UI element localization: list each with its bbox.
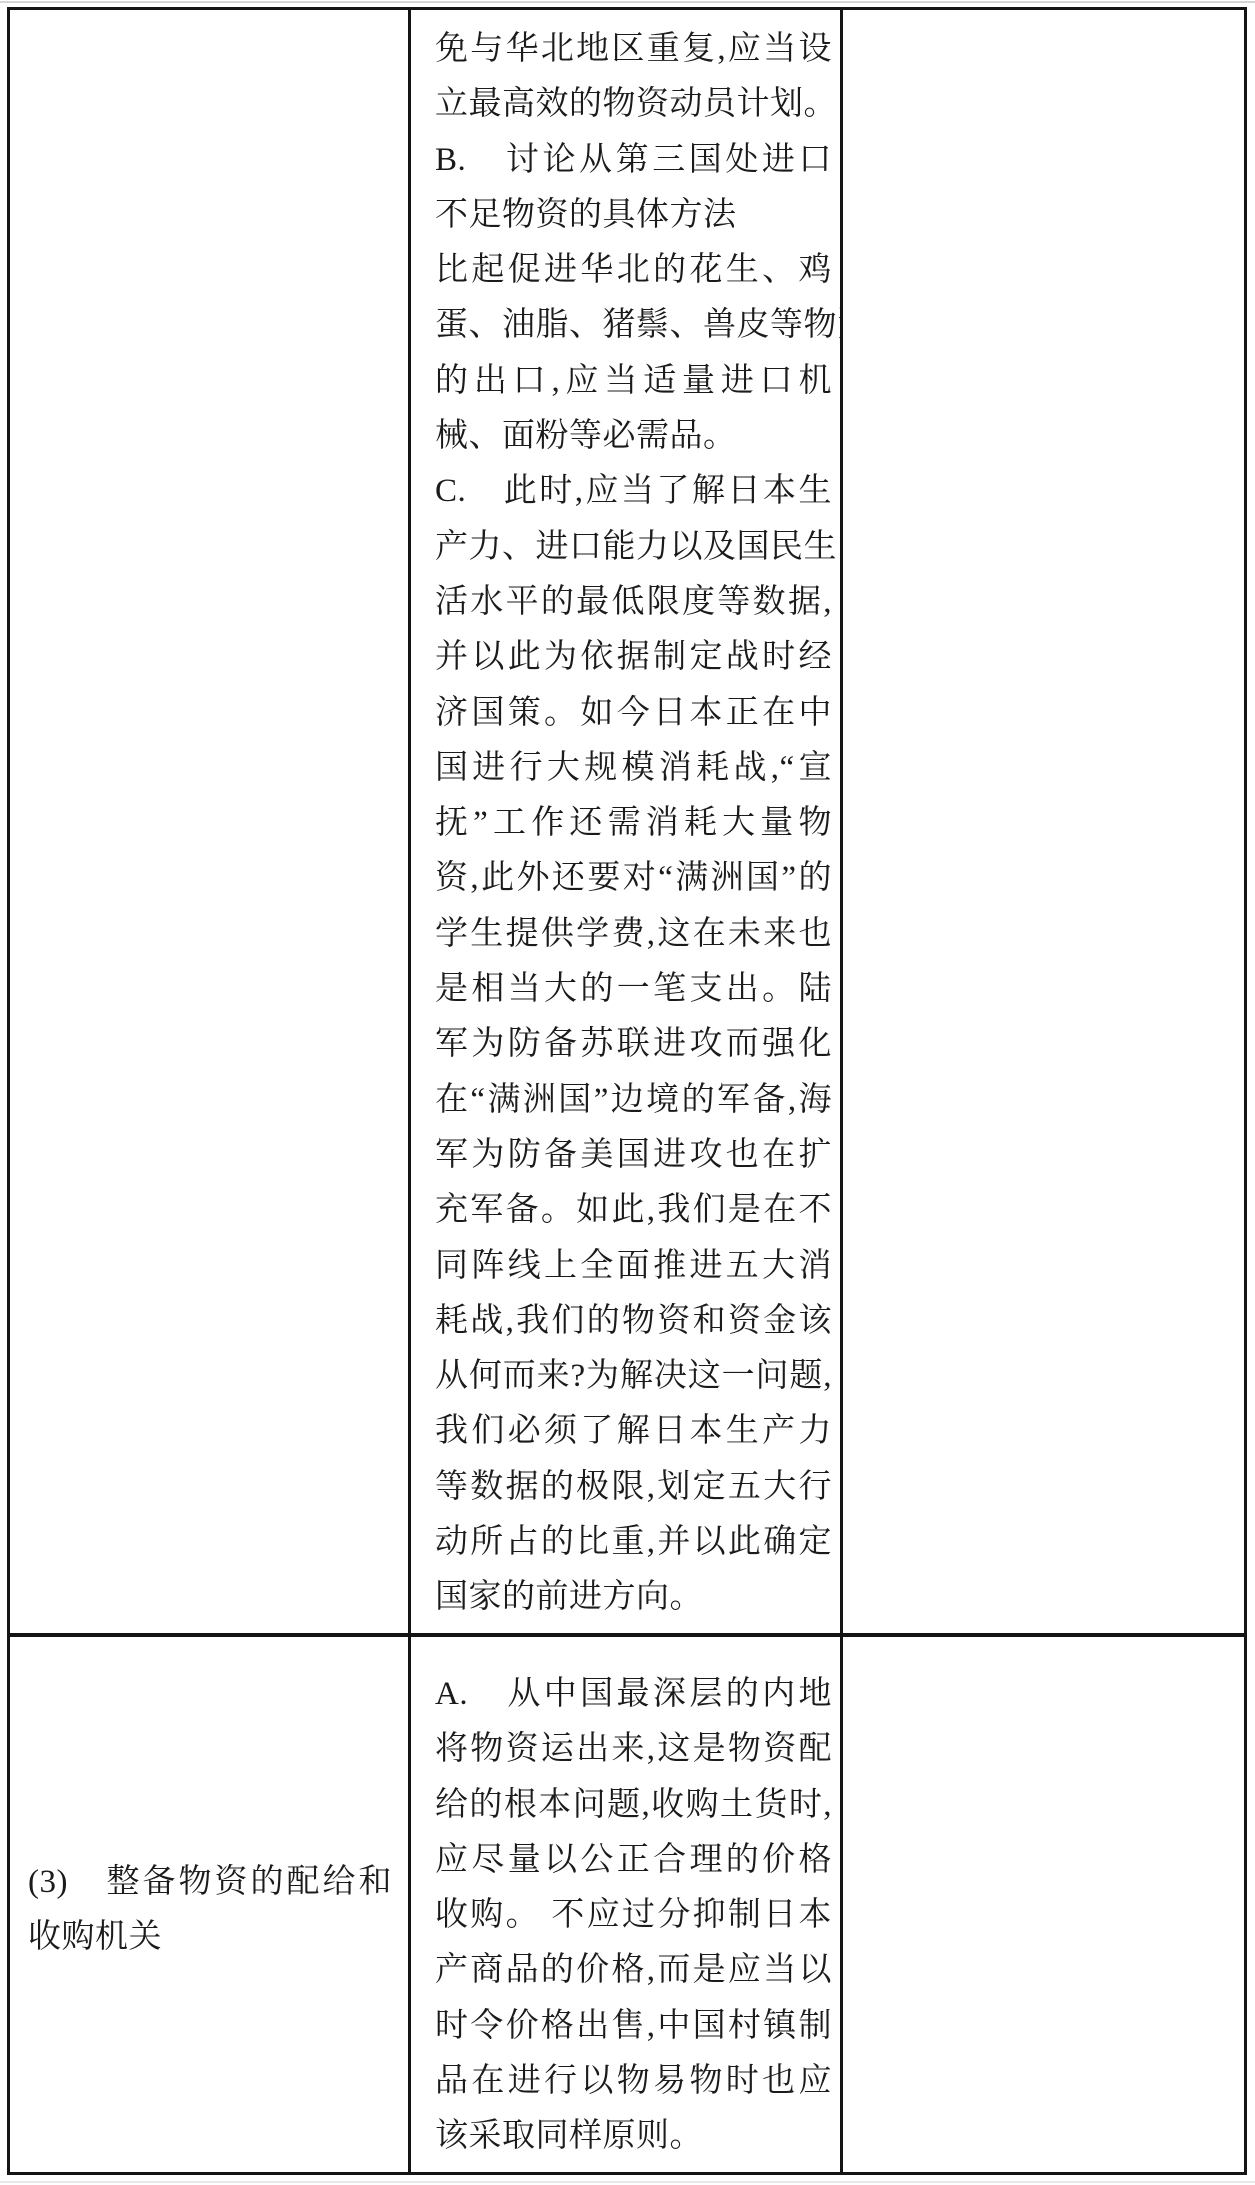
text-line: 收购。 不应过分抑制日本 (435, 1888, 832, 1943)
text-line: 是相当大的一笔支出。陆 (435, 962, 832, 1017)
text-line: A. 从中国最深层的内地 (435, 1667, 832, 1722)
table-cell-row1-left (10, 10, 411, 1633)
table-cell-row2-left: (3) 整备物资的配给和收购机关 (10, 1637, 411, 2172)
text-line: 品在进行以物易物时也应 (435, 2054, 832, 2109)
text-line: 军为防备苏联进攻而强化 (435, 1017, 832, 1072)
text-line: 产商品的价格,而是应当以 (435, 1943, 832, 1998)
text-line: 在“满洲国”边境的军备,海 (435, 1073, 832, 1128)
text-line: 国进行大规模消耗战,“宣 (435, 741, 832, 796)
text-line: 抚”工作还需消耗大量物 (435, 796, 832, 851)
text-line: 耗战,我们的物资和资金该 (435, 1294, 832, 1349)
table-row: (3) 整备物资的配给和收购机关 A. 从中国最深层的内地将物资运出来,这是物资… (10, 1637, 1244, 2172)
table-cell-row1-right (843, 10, 1244, 1633)
scan-artifact-bottom-line (0, 2181, 1255, 2183)
text-line: (3) 整备物资的配给和 (28, 1855, 392, 1910)
text-line: 给的根本问题,收购土货时, (435, 1778, 832, 1833)
text-line: 充军备。如此,我们是在不 (435, 1183, 832, 1238)
text-line: C. 此时,应当了解日本生 (435, 464, 832, 519)
text-line: 时令价格出售,中国村镇制 (435, 1999, 832, 2054)
text-line: 济国策。如今日本正在中 (435, 686, 832, 741)
text-line: 等数据的极限,划定五大行 (435, 1460, 832, 1515)
text-line: 活水平的最低限度等数据, (435, 575, 832, 630)
scan-artifact-top-line (0, 1, 1255, 3)
table-cell-row2-right (843, 1637, 1244, 2172)
table-cell-row2-middle: A. 从中国最深层的内地将物资运出来,这是物资配给的根本问题,收购土货时,应尽量… (411, 1637, 843, 2172)
text-line: 国家的前进方向。 (435, 1570, 832, 1625)
text-line: 免与华北地区重复,应当设 (435, 22, 832, 77)
text-line: 产力、进口能力以及国民生 (435, 520, 832, 575)
text-line: 蛋、油脂、猪鬃、兽皮等物资 (435, 298, 832, 353)
text-line: 从何而来?为解决这一问题, (435, 1349, 832, 1404)
text-line: 比起促进华北的花生、鸡 (435, 243, 832, 298)
text-line: 军为防备美国进攻也在扩 (435, 1128, 832, 1183)
text-line: 将物资运出来,这是物资配 (435, 1722, 832, 1777)
text-line: 学生提供学费,这在未来也 (435, 907, 832, 962)
text-line: 同阵线上全面推进五大消 (435, 1239, 832, 1294)
document-table: 免与华北地区重复,应当设立最高效的物资动员计划。B. 讨论从第三国处进口不足物资… (7, 7, 1247, 2175)
text-line: 动所占的比重,并以此确定 (435, 1515, 832, 1570)
text-line: 立最高效的物资动员计划。 (435, 77, 832, 132)
text-line: 该采取同样原则。 (435, 2109, 832, 2164)
table-row: 免与华北地区重复,应当设立最高效的物资动员计划。B. 讨论从第三国处进口不足物资… (10, 10, 1244, 1637)
text-line: 收购机关 (28, 1910, 392, 1965)
text-line: B. 讨论从第三国处进口 (435, 133, 832, 188)
text-line: 我们必须了解日本生产力 (435, 1404, 832, 1459)
text-line: 械、面粉等必需品。 (435, 409, 832, 464)
scanned-document-page: 免与华北地区重复,应当设立最高效的物资动员计划。B. 讨论从第三国处进口不足物资… (0, 0, 1255, 2185)
text-line: 并以此为依据制定战时经 (435, 630, 832, 685)
text-line: 资,此外还要对“满洲国”的 (435, 851, 832, 906)
text-line: 应尽量以公正合理的价格 (435, 1833, 832, 1888)
text-line: 的出口,应当适量进口机 (435, 354, 832, 409)
table-cell-row1-middle: 免与华北地区重复,应当设立最高效的物资动员计划。B. 讨论从第三国处进口不足物资… (411, 10, 843, 1633)
text-line: 不足物资的具体方法 (435, 188, 832, 243)
